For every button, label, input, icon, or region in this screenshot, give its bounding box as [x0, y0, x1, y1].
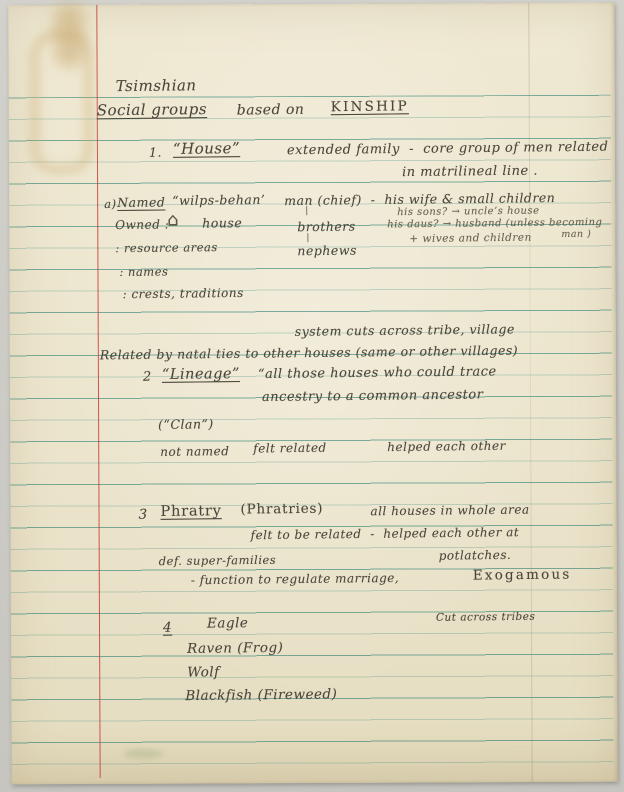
phratry-raven: Raven (Frog): [187, 641, 283, 656]
owned-resource-areas: : resource areas: [115, 241, 218, 254]
item-4-number: 4: [163, 621, 172, 635]
phratry-exogamous: Exogamous: [473, 568, 572, 583]
house-doodle-icon: ⌂: [167, 212, 179, 231]
phratry-def-super: def. super-families: [159, 554, 277, 567]
lineage-def-1: “all those houses who could trace: [258, 365, 497, 381]
item-2-number: 2: [143, 371, 152, 385]
kin-tick-1: |: [305, 207, 309, 216]
clan-note: (“Clan”): [158, 417, 214, 431]
item-2-lineage: “Lineage”: [162, 367, 240, 383]
subtitle-kinship: KINSHIP: [331, 99, 409, 114]
clan-felt-related: felt related: [253, 442, 327, 455]
item-3-number: 3: [138, 508, 147, 522]
kin-tick-2: |: [306, 234, 310, 243]
system-cuts-note: system cuts across tribe, village: [295, 322, 515, 338]
phratry-potlatches: potlatches.: [439, 549, 512, 562]
title: Tsimshian: [116, 78, 197, 95]
owned-house: house: [202, 216, 242, 230]
wilps-term: “wilps-behan’: [172, 193, 265, 207]
phratry-def-1: all houses in whole area: [370, 504, 529, 518]
related-by-natal: Related by natal ties to other houses (s…: [100, 344, 518, 362]
scanned-note-page: { "document": { "kind": "handwritten lec…: [0, 0, 624, 792]
item-1-house: “House”: [173, 141, 240, 158]
owned-label: Owned :: [115, 218, 169, 231]
subtitle-based-on: based on: [237, 103, 305, 118]
named-label: Named: [117, 195, 165, 209]
phratry-blackfish: Blackfish (Fireweed): [185, 687, 337, 703]
lineage-def-2: ancestry to a common ancestor: [262, 388, 484, 404]
daus-note-wrap: man ): [561, 230, 591, 240]
phratry-eagle: Eagle: [207, 616, 249, 631]
handwriting-layer: TsimshianSocial groupsbased onKINSHIP1.“…: [8, 3, 617, 785]
kin-brothers: brothers: [297, 220, 356, 234]
phratry-function: - function to regulate marriage,: [191, 572, 399, 587]
wives-children-note: + wives and children: [409, 233, 532, 245]
item-a: a): [104, 198, 116, 210]
owned-names: : names: [119, 265, 168, 278]
clan-not-named: not named: [160, 445, 229, 458]
item-1-number: 1.: [149, 146, 162, 159]
man-chief-line: man (chief) - his wife & small children: [284, 191, 555, 207]
item-3-phratry: Phratry: [160, 504, 221, 520]
house-def-2: in matrilineal line .: [402, 165, 538, 180]
cut-across-tribes: Cut across tribes: [436, 612, 535, 624]
kin-nephews: nephews: [297, 244, 357, 258]
clan-helped: helped each other: [387, 440, 506, 454]
phratry-wolf: Wolf: [187, 665, 220, 680]
subtitle-social-groups: Social groups: [97, 102, 207, 119]
house-def-1: extended family - core group of men rela…: [287, 141, 609, 158]
notebook-paper: TsimshianSocial groupsbased onKINSHIP1.“…: [8, 3, 617, 785]
phratries-paren: (Phratries): [240, 502, 323, 517]
owned-crests: : crests, traditions: [122, 287, 243, 301]
phratry-def-2: felt to be related - helped each other a…: [251, 526, 520, 542]
sons-note: his sons? → uncle’s house: [397, 207, 539, 219]
